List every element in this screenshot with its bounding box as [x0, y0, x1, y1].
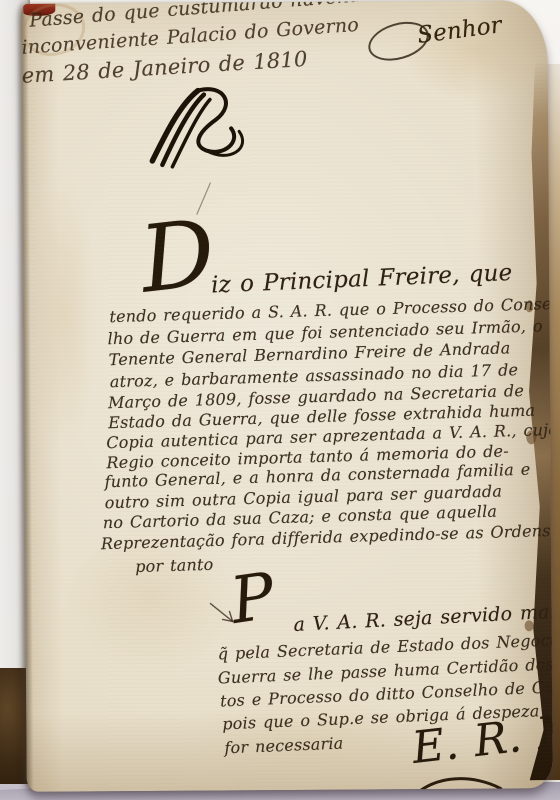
drop-cap-d: D	[136, 207, 220, 307]
drop-cap-p: P	[227, 564, 279, 634]
body-opening-line: iz o Principal Freire, que	[211, 262, 513, 298]
salutation-senhor: Senhor	[416, 14, 503, 48]
manuscript-page: Passe do que custumarão havendo inconven…	[21, 0, 552, 792]
petition-opening-line: a V. A. R. seja servido mandar	[293, 601, 553, 635]
rubric-paraph-flourish	[144, 86, 267, 171]
stain	[26, 173, 98, 453]
manuscript-photo: Passe do que custumarão havendo inconven…	[0, 0, 560, 800]
body-line: por tanto	[135, 557, 214, 575]
petition-line: for necessaria	[224, 735, 344, 756]
